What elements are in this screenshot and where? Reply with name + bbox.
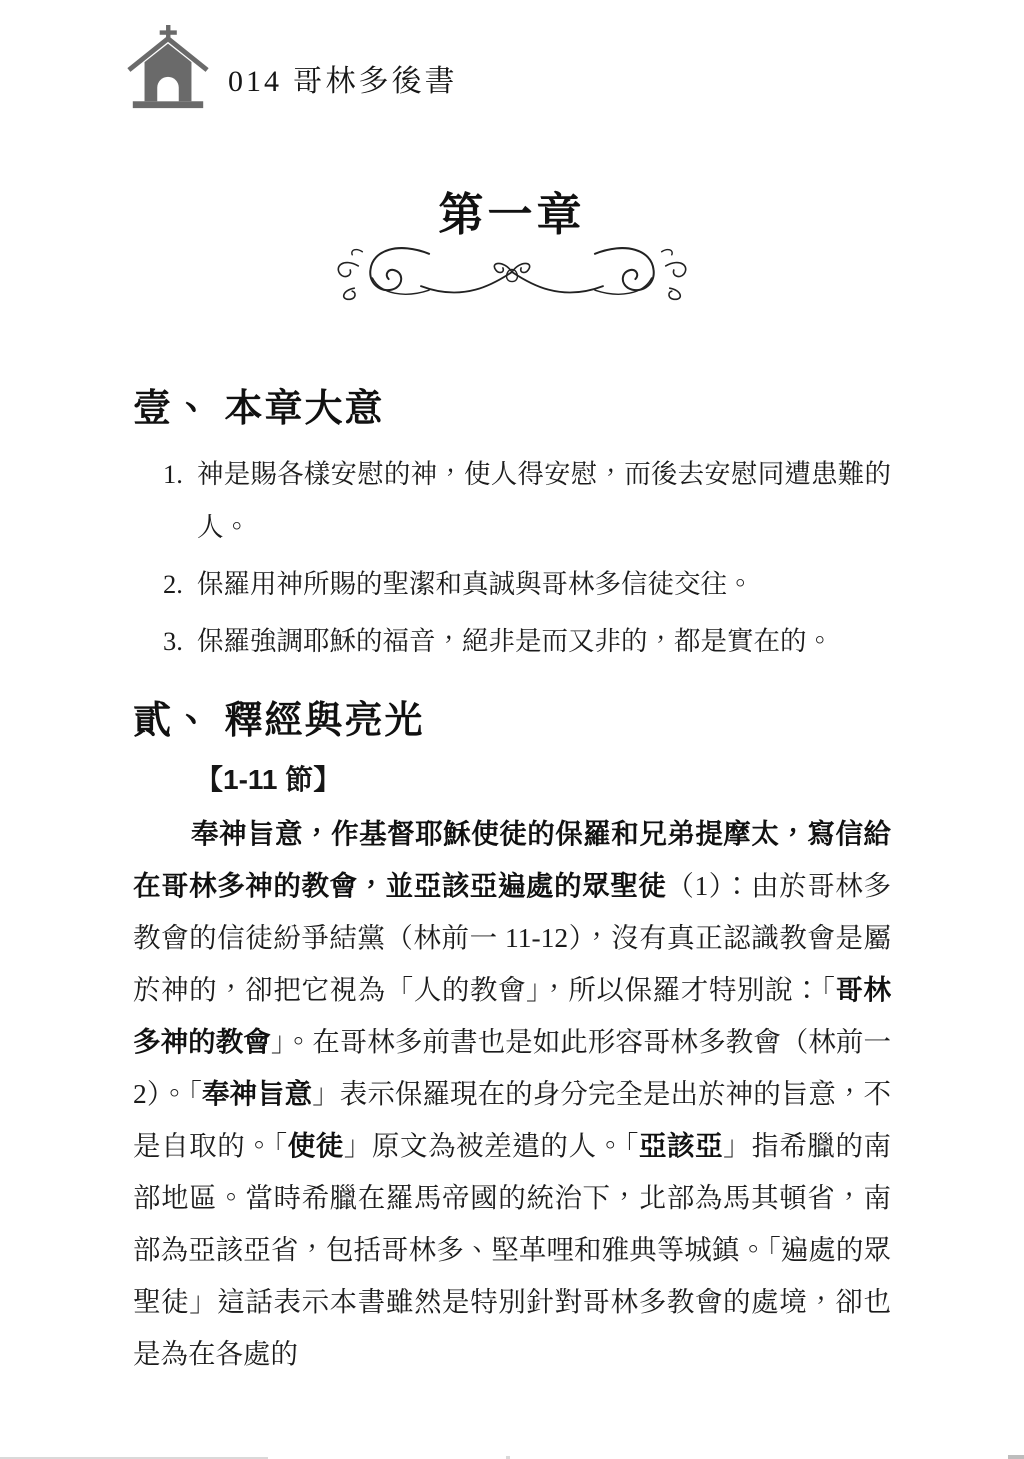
running-head: 014 哥林多後書 <box>228 38 458 100</box>
scan-artifact <box>1008 1455 1024 1459</box>
main-content: 壹、 本章大意 1. 神是賜各樣安慰的神，使人得安慰，而後去安慰同遭患難的人。 … <box>133 386 891 1380</box>
list-item-text: 保羅用神所賜的聖潔和真誠與哥林多信徒交往。 <box>197 558 891 611</box>
list-item-number: 1. <box>163 448 197 554</box>
section-heading-exposition: 貳、 釋經與亮光 <box>133 698 891 744</box>
page-header: 014 哥林多後書 <box>124 24 458 114</box>
commentary-text: 」指希臘的南部地區。當時希臘在羅馬帝國的統治下，北部為馬其頓省，南部為亞該亞省，… <box>133 1130 891 1369</box>
scripture-quote: 使徒 <box>288 1130 344 1161</box>
list-item: 1. 神是賜各樣安慰的神，使人得安慰，而後去安慰同遭患難的人。 <box>163 448 891 554</box>
list-item: 2. 保羅用神所賜的聖潔和真誠與哥林多信徒交往。 <box>163 558 891 611</box>
list-item-number: 2. <box>163 558 197 611</box>
section-heading-outline: 壹、 本章大意 <box>133 386 891 432</box>
chapter-title: 第一章 <box>0 178 1024 243</box>
commentary-text: 」原文為被差遣的人。「 <box>344 1130 639 1161</box>
scripture-quote: 奉神旨意 <box>202 1078 312 1109</box>
exposition-paragraph: 奉神旨意，作基督耶穌使徒的保羅和兄弟提摩太，寫信給在哥林多神的教會，並亞該亞遍處… <box>133 808 891 1380</box>
outline-list: 1. 神是賜各樣安慰的神，使人得安慰，而後去安慰同遭患難的人。 2. 保羅用神所… <box>163 448 891 668</box>
list-item-number: 3. <box>163 615 197 668</box>
verse-range-heading: 【1-11 節】 <box>195 760 891 800</box>
list-item: 3. 保羅強調耶穌的福音，絕非是而又非的，都是實在的。 <box>163 615 891 668</box>
scripture-quote: 亞該亞 <box>639 1130 723 1161</box>
flourish-ornament-icon <box>332 243 692 305</box>
book-page: 014 哥林多後書 第一章 壹、 本章大意 <box>0 0 1024 1459</box>
list-item-text: 神是賜各樣安慰的神，使人得安慰，而後去安慰同遭患難的人。 <box>197 448 891 554</box>
list-item-text: 保羅強調耶穌的福音，絕非是而又非的，都是實在的。 <box>197 615 891 668</box>
church-icon <box>124 24 212 114</box>
